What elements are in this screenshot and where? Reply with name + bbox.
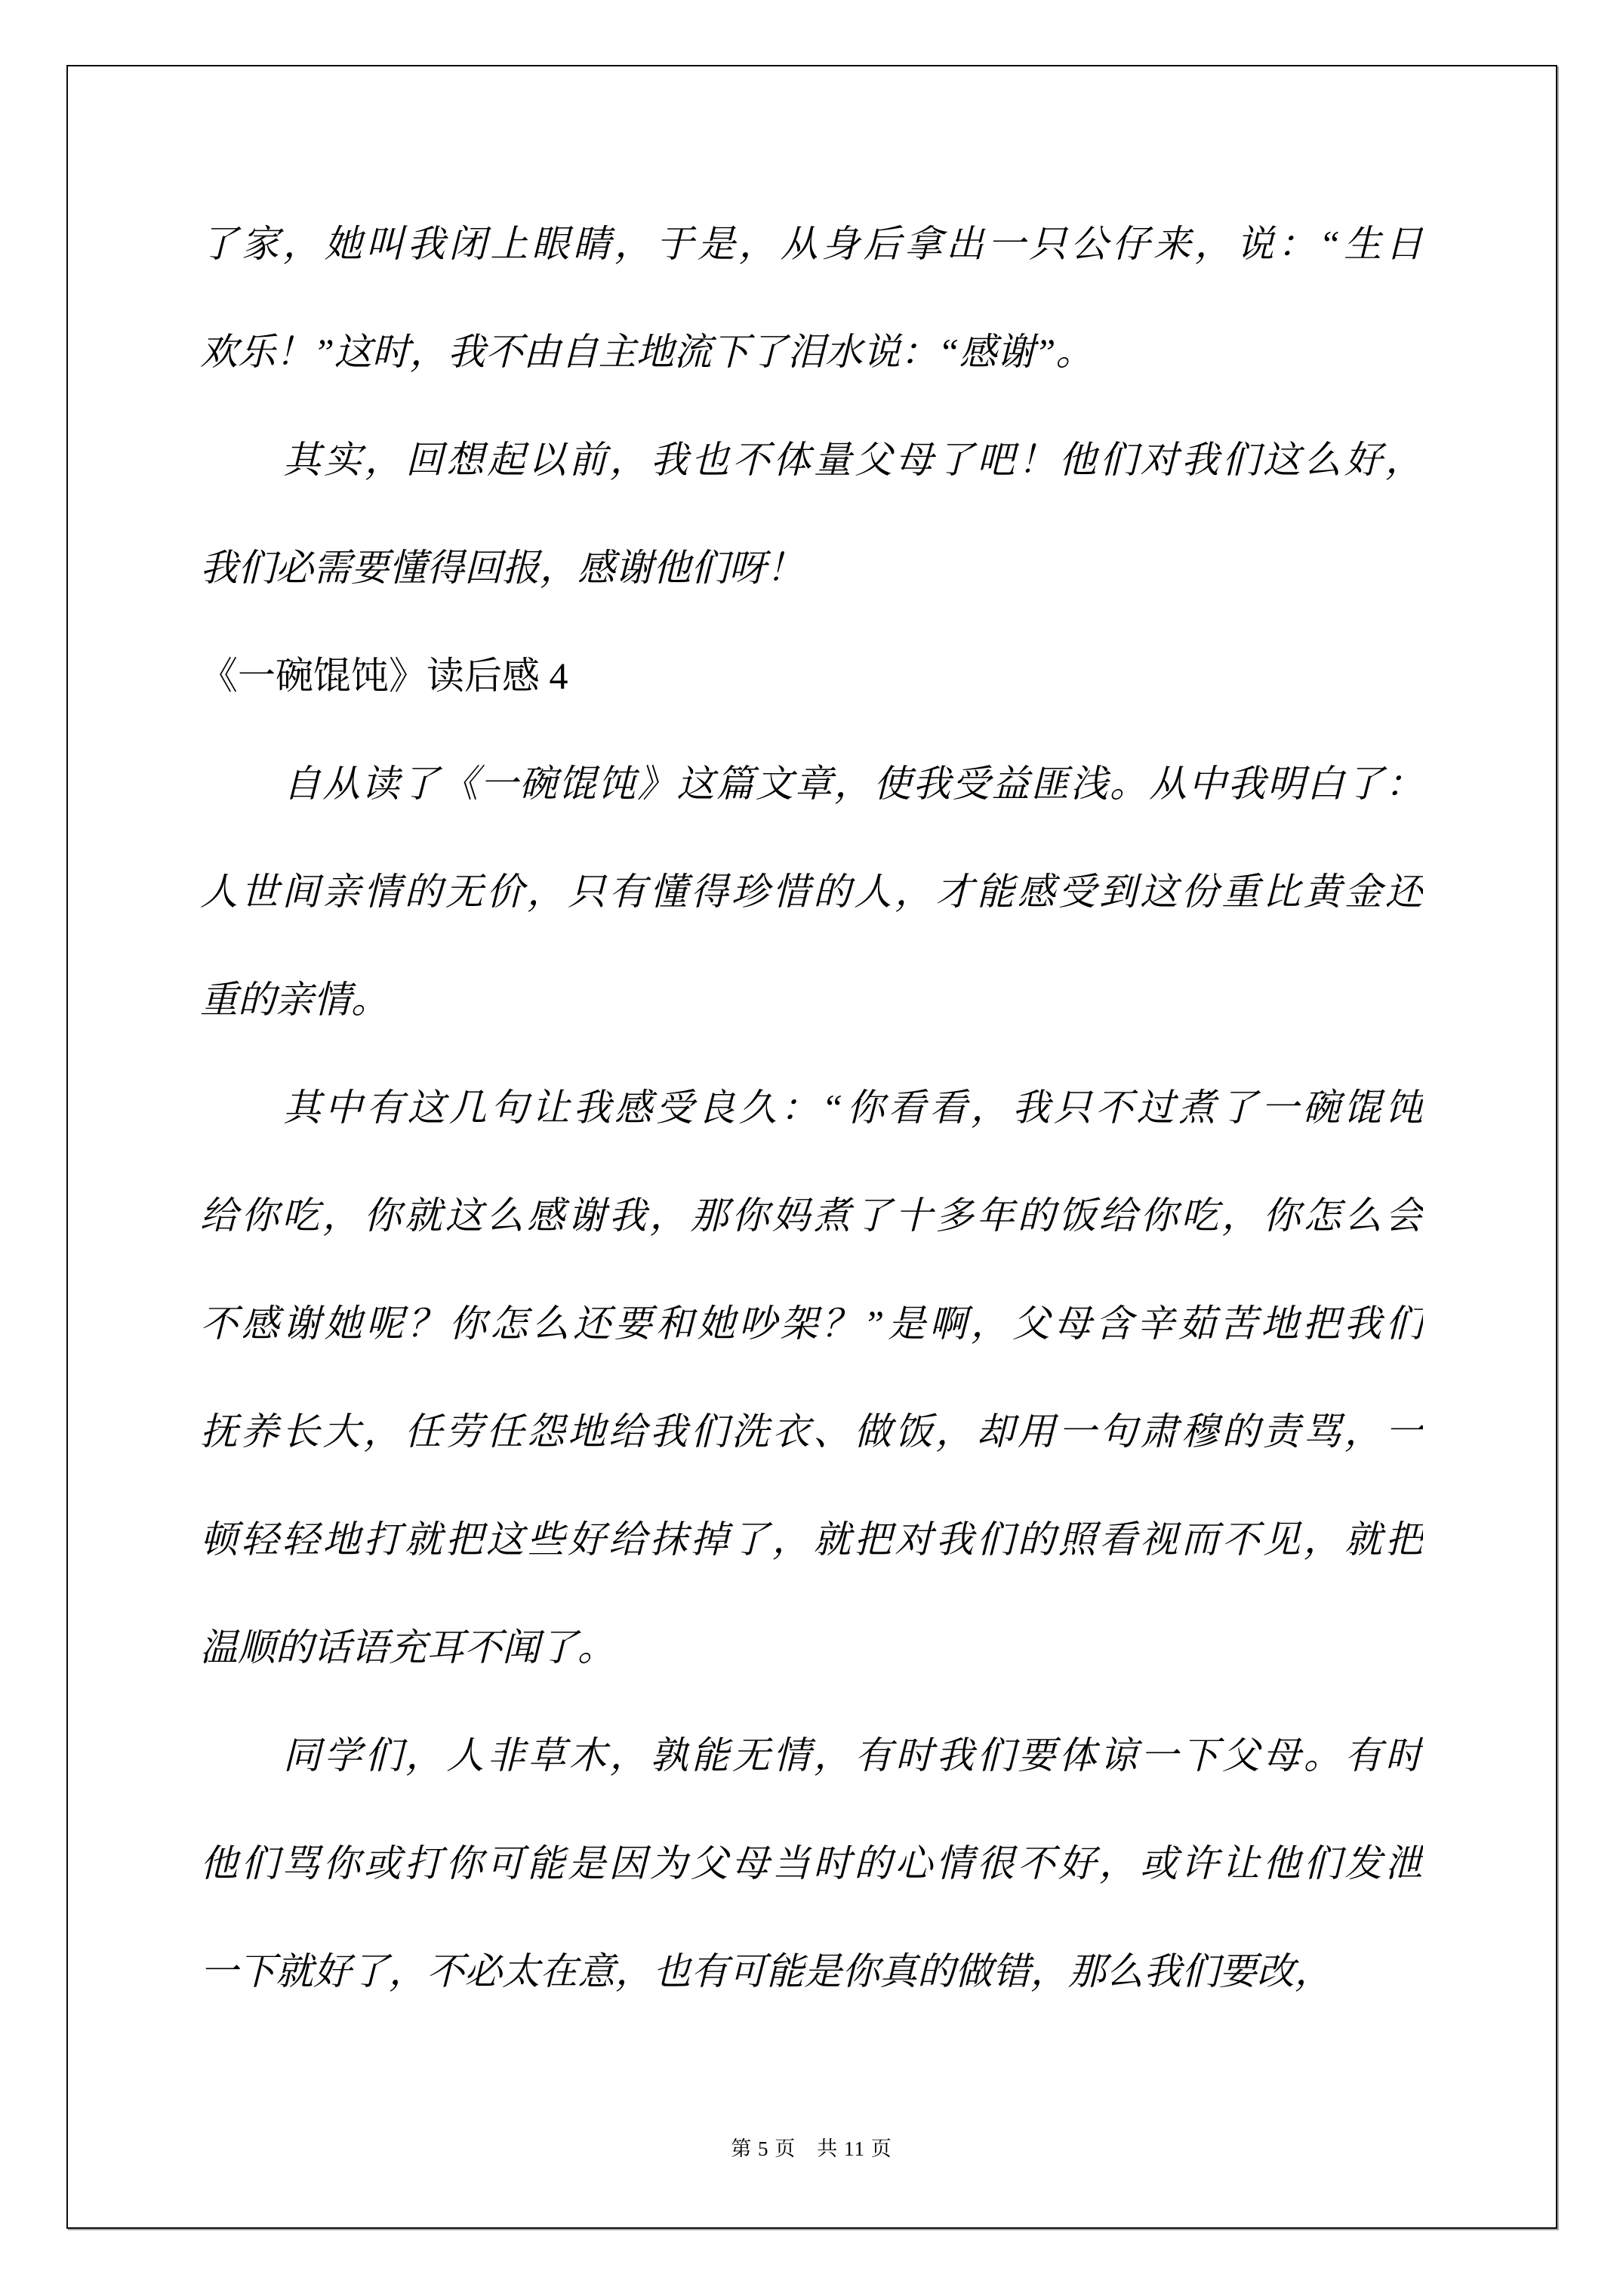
text-line: 其实，回想起以前，我也不体量父母了吧！他们对我们这么好， [200,406,1423,514]
text-line: 一下就好了，不必太在意，也有可能是你真的做错，那么我们要改， [200,1918,1423,2026]
text-line: 温顺的话语充耳不闻了。 [200,1594,1423,1702]
page-footer: 第 5 页 共 11 页 [0,2132,1623,2162]
text-line: 顿轻轻地打就把这些好给抹掉了，就把对我们的照看视而不见，就把 [200,1486,1423,1594]
text-line: 其中有这几句让我感受良久：“你看看，我只不过煮了一碗馄饨 [200,1054,1423,1162]
text-line: 同学们，人非草木，孰能无情，有时我们要体谅一下父母。有时 [200,1702,1423,1810]
document-body: 了家，她叫我闭上眼睛，于是，从身后拿出一只公仔来，说：“生日 欢乐！”这时，我不… [200,190,1423,2026]
text-line: 给你吃，你就这么感谢我，那你妈煮了十多年的饭给你吃，你怎么会 [200,1162,1423,1270]
section-heading: 《一碗馄饨》读后感 4 [200,622,1423,730]
text-line: 自从读了《一碗馄饨》这篇文章，使我受益匪浅。从中我明白了： [200,730,1423,838]
text-line: 我们必需要懂得回报，感谢他们呀！ [200,514,1423,622]
text-line: 欢乐！”这时，我不由自主地流下了泪水说：“感谢”。 [200,298,1423,406]
text-line: 人世间亲情的无价，只有懂得珍惜的人，才能感受到这份重比黄金还 [200,838,1423,946]
document-page: 了家，她叫我闭上眼睛，于是，从身后拿出一只公仔来，说：“生日 欢乐！”这时，我不… [0,0,1623,2296]
text-line: 抚养长大，任劳任怨地给我们洗衣、做饭，却用一句肃穆的责骂，一 [200,1378,1423,1486]
text-line: 他们骂你或打你可能是因为父母当时的心情很不好，或许让他们发泄 [200,1810,1423,1918]
text-line: 重的亲情。 [200,946,1423,1054]
text-line: 不感谢她呢？你怎么还要和她吵架？”是啊，父母含辛茹苦地把我们 [200,1270,1423,1378]
text-line: 了家，她叫我闭上眼睛，于是，从身后拿出一只公仔来，说：“生日 [200,190,1423,298]
